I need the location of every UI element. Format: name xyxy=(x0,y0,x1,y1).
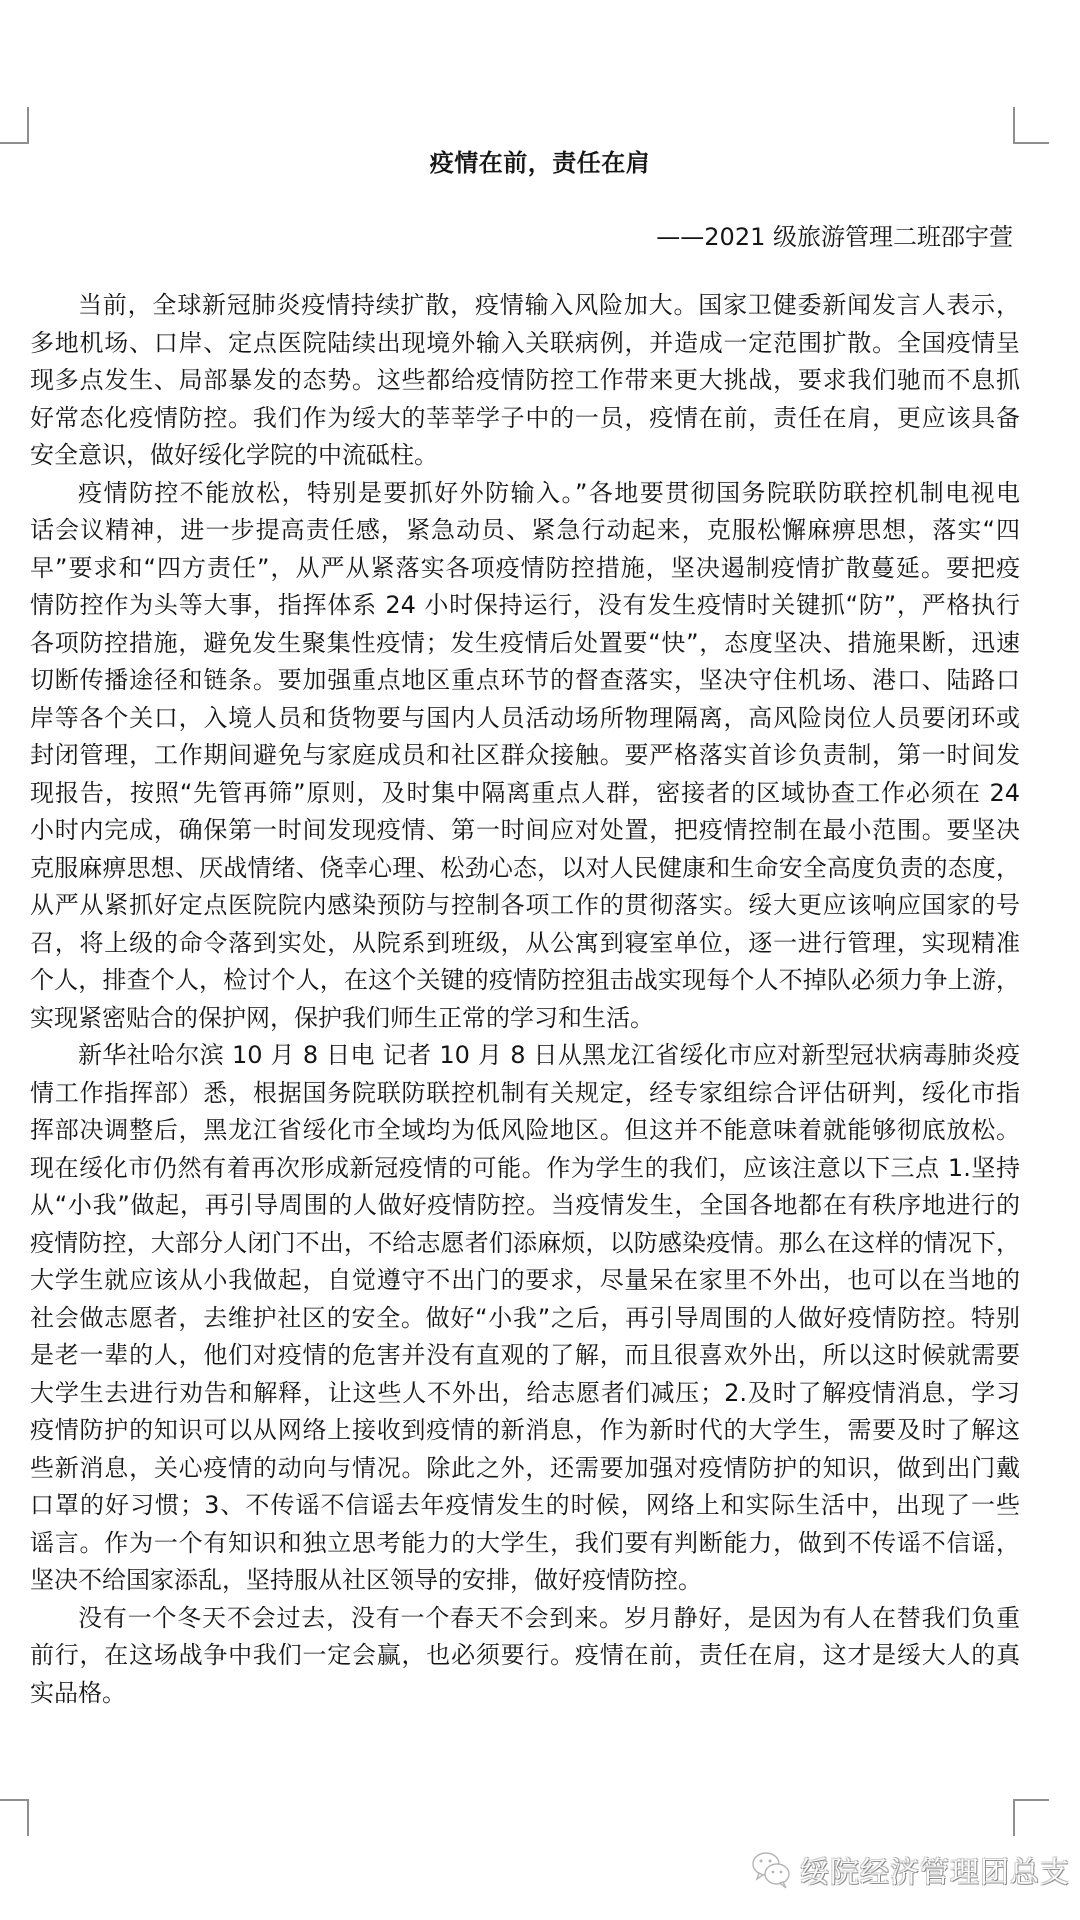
paragraph-4: 没有一个冬天不会过去，没有一个春天不会到来。岁月静好，是因为有人在替我们负重 前… xyxy=(30,1600,1020,1713)
text-line: 从“小我”做起，再引导周围的人做好疫情防控。当疫情发生，全国各地都在有秩序地进行… xyxy=(30,1187,1020,1225)
text-line: 是老一辈的人，他们对疫情的危害并没有直观的了解，而且很喜欢外出，所以这时候就需要 xyxy=(30,1337,1020,1375)
text-line: 坚决不给国家添乱，坚持服从社区领导的安排，做好疫情防控。 xyxy=(30,1562,1020,1600)
page-corner-mark-bottom-right xyxy=(1013,1799,1049,1836)
paragraph-2: 疫情防控不能放松，特别是要抓好外防输入。”各地要贯彻国务院联防联控机制电视电 话… xyxy=(30,475,1020,1038)
text-line: 个人，排查个人，检讨个人，在这个关键的疫情防控狙击战实现每个人不掉队必须力争上游… xyxy=(30,962,1020,1000)
page-corner-mark-top-right xyxy=(1013,107,1049,144)
text-line: 情工作指挥部）悉，根据国务院联防联控机制有关规定，经专家组综合评估研判，绥化市指 xyxy=(30,1075,1020,1113)
text-line: 疫情防控，大部分人闭门不出，不给志愿者们添麻烦，以防感染疫情。那么在这样的情况下… xyxy=(30,1225,1020,1263)
text-line: 疫情防控不能放松，特别是要抓好外防输入。”各地要贯彻国务院联防联控机制电视电 xyxy=(30,475,1020,513)
document-body: 当前，全球新冠肺炎疫情持续扩散，疫情输入风险加大。国家卫健委新闻发言人表示， 多… xyxy=(30,287,1020,1712)
document-title: 疫情在前，责任在肩 xyxy=(0,147,1080,179)
text-line: 挥部决调整后，黑龙江省绥化市全域均为低风险地区。但这并不能意味着就能够彻底放松。 xyxy=(30,1112,1020,1150)
author-line: ——2021 级旅游管理二班邵宇萱 xyxy=(656,221,1013,253)
wechat-icon xyxy=(750,1848,794,1892)
text-line: 各项防控措施，避免发生聚集性疫情；发生疫情后处置要“快”，态度坚决、措施果断，迅… xyxy=(30,625,1020,663)
text-line: 社会做志愿者，去维护社区的安全。做好“小我”之后，再引导周围的人做好疫情防控。特… xyxy=(30,1300,1020,1338)
text-line: 封闭管理，工作期间避免与家庭成员和社区群众接触。要严格落实首诊负责制，第一时间发 xyxy=(30,737,1020,775)
page-corner-mark-top-left xyxy=(0,107,29,144)
text-line: 现报告，按照“先管再筛”原则，及时集中隔离重点人群，密接者的区域协查工作必须在 … xyxy=(30,775,1020,813)
page-corner-mark-bottom-left xyxy=(0,1799,29,1836)
text-line: 从严从紧抓好定点医院院内感染预防与控制各项工作的贯彻落实。绥大更应该响应国家的号 xyxy=(30,887,1020,925)
text-line: 口罩的好习惯；3、不传谣不信谣去年疫情发生的时候，网络上和实际生活中，出现了一些 xyxy=(30,1487,1020,1525)
text-line: 些新消息，关心疫情的动向与情况。除此之外，还需要加强对疫情防护的知识，做到出门戴 xyxy=(30,1450,1020,1488)
text-line: 克服麻痹思想、厌战情绪、侥幸心理、松劲心态，以对人民健康和生命安全高度负责的态度… xyxy=(30,850,1020,888)
text-line: 早”要求和“四方责任”，从严从紧落实各项疫情防控措施，坚决遏制疫情扩散蔓延。要把… xyxy=(30,550,1020,588)
paragraph-3: 新华社哈尔滨 10 月 8 日电 记者 10 月 8 日从黑龙江省绥化市应对新型… xyxy=(30,1037,1020,1600)
text-line: 疫情防护的知识可以从网络上接收到疫情的新消息，作为新时代的大学生，需要及时了解这 xyxy=(30,1412,1020,1450)
text-line: 现在绥化市仍然有着再次形成新冠疫情的可能。作为学生的我们，应该注意以下三点 1.… xyxy=(30,1150,1020,1188)
text-line: 没有一个冬天不会过去，没有一个春天不会到来。岁月静好，是因为有人在替我们负重 xyxy=(30,1600,1020,1638)
paragraph-1: 当前，全球新冠肺炎疫情持续扩散，疫情输入风险加大。国家卫健委新闻发言人表示， 多… xyxy=(30,287,1020,475)
text-line: 实品格。 xyxy=(30,1675,1020,1713)
text-line: 大学生去进行劝告和解释，让这些人不外出，给志愿者们减压；2.及时了解疫情消息，学… xyxy=(30,1375,1020,1413)
text-line: 话会议精神，进一步提高责任感，紧急动员、紧急行动起来，克服松懈麻痹思想，落实“四 xyxy=(30,512,1020,550)
text-line: 前行，在这场战争中我们一定会赢，也必须要行。疫情在前，责任在肩，这才是绥大人的真 xyxy=(30,1637,1020,1675)
text-line: 岸等各个关口，入境人员和货物要与国内人员活动场所物理隔离，高风险岗位人员要闭环或 xyxy=(30,700,1020,738)
text-line: 好常态化疫情防控。我们作为绥大的莘莘学子中的一员，疫情在前，责任在肩，更应该具备 xyxy=(30,400,1020,438)
text-line: 多地机场、口岸、定点医院陆续出现境外输入关联病例，并造成一定范围扩散。全国疫情呈 xyxy=(30,325,1020,363)
text-line: 谣言。作为一个有知识和独立思考能力的大学生，我们要有判断能力，做到不传谣不信谣， xyxy=(30,1525,1020,1563)
watermark-text: 绥院经济管理团总支 xyxy=(800,1850,1070,1891)
text-line: 召，将上级的命令落到实处，从院系到班级，从公寓到寝室单位，逐一进行管理，实现精准 xyxy=(30,925,1020,963)
text-line: 现多点发生、局部暴发的态势。这些都给疫情防控工作带来更大挑战，要求我们驰而不息抓 xyxy=(30,362,1020,400)
text-line: 大学生就应该从小我做起，自觉遵守不出门的要求，尽量呆在家里不外出，也可以在当地的 xyxy=(30,1262,1020,1300)
text-line: 新华社哈尔滨 10 月 8 日电 记者 10 月 8 日从黑龙江省绥化市应对新型… xyxy=(30,1037,1020,1075)
text-line: 安全意识，做好绥化学院的中流砥柱。 xyxy=(30,437,1020,475)
text-line: 实现紧密贴合的保护网，保护我们师生正常的学习和生活。 xyxy=(30,1000,1020,1038)
text-line: 小时内完成，确保第一时间发现疫情、第一时间应对处置，把疫情控制在最小范围。要坚决 xyxy=(30,812,1020,850)
text-line: 切断传播途径和链条。要加强重点地区重点环节的督查落实，坚决守住机场、港口、陆路口 xyxy=(30,662,1020,700)
text-line: 当前，全球新冠肺炎疫情持续扩散，疫情输入风险加大。国家卫健委新闻发言人表示， xyxy=(30,287,1020,325)
account-watermark: 绥院经济管理团总支 xyxy=(750,1848,1070,1892)
text-line: 情防控作为头等大事，指挥体系 24 小时保持运行，没有发生疫情时关键抓“防”，严… xyxy=(30,587,1020,625)
